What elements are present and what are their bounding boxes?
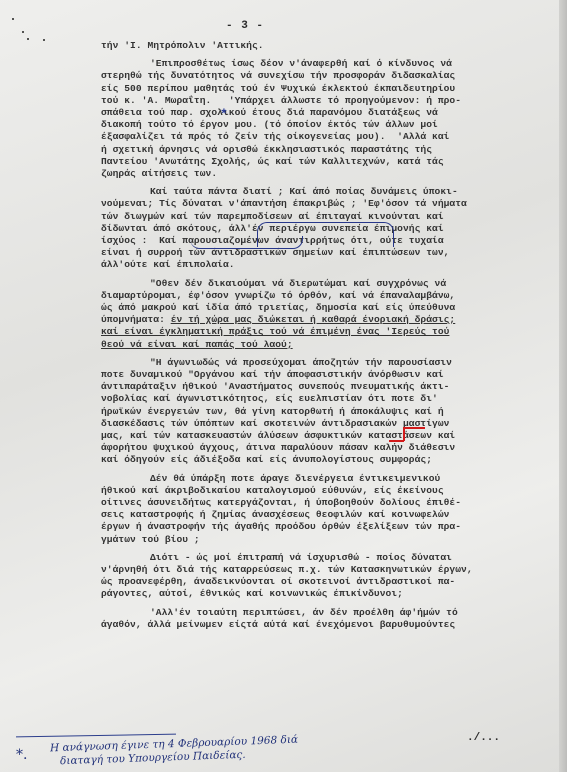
line-text: Δέν θά ύπάρξη ποτε άραγε διενέργεια έντι… (150, 473, 440, 484)
continuation-mark: ./... (467, 732, 500, 744)
text-line: ήθικού καί άκριβοδικαίου καταλογισμού εύ… (101, 485, 444, 497)
text-line: σπάθεια τού παρ. σχολικού έτους διά παρα… (101, 107, 438, 119)
text-line: ν'άρνηθή ότι διά τής καταρρεύσεως π.χ. τ… (101, 564, 473, 576)
text-line: τών διωγμών καί τών παρεμποδίσεων αί έπι… (101, 211, 444, 223)
line-text: άγαθόν, άλλά μείνωμεν είςτά αύτά καί ένε… (101, 619, 455, 630)
text-line: είς 500 περίπου μαθητάς τού έν Ψυχικώ έκ… (101, 83, 455, 95)
text-line: άφορήτου ψυχικού άγχους, άτινα παραλύουν… (101, 442, 455, 454)
line-text: "Η άγωνιωδώς νά προσεύχομαι άποζητών τήν… (150, 357, 452, 368)
underlined-text: έν τή χώρα μας διώκεται ή καθαρά ένοριακ… (171, 314, 456, 325)
text-line: ήρωϊκών ένεργειών των, θά γίνη κατορθωτή… (101, 406, 444, 418)
line-text: διασκέδασις τών ύπόπτων καί σκοτεινών άν… (101, 418, 449, 429)
text-line: έξασφαλίζει τά πρός τό ζείν τής οίκογενε… (101, 131, 449, 143)
asterisk-annotation: * (220, 107, 228, 122)
text-line: διασκέδασις τών ύπόπτων καί σκοτεινών άν… (101, 418, 449, 430)
line-text: σεις καταστροφής ή ζημίας άνασχέσεως θεο… (101, 509, 449, 520)
text-line: διαμαρτύρομαι, έφ'όσον γνωρίζω τό όρθόν,… (101, 290, 455, 302)
text-line: έργων ή άναστροφήν τής άγαθής προόδου όρ… (101, 521, 461, 533)
line-text: άλλ'ούτε καί έπιπολαία. (101, 259, 235, 270)
line-text: ράγοντες, αύτοί, έθνικώς καί κοινωνικώς … (101, 588, 403, 599)
line-text: καί όδηγούν είς άδιέξοδα καί είς άνυπολο… (101, 454, 432, 465)
footnote-rule (16, 734, 176, 738)
text-line: 'Αλλ'έν τοιαύτη περιπτώσει, άν δέν προέλ… (150, 607, 458, 619)
text-line: ώς άπό μακρού καί ίδία άπό τριετίας, δημ… (101, 302, 455, 314)
text-line: ή σχετική άρνησις νά ορισθώ έκκλησιαστικ… (101, 144, 432, 156)
text-line: ώς προανεφέρθη, άναδεικνύονται οί σκοτει… (101, 576, 455, 588)
red-correction-mark-vertical (403, 427, 405, 441)
underlined-text: θεού νά είναι καί παπάς τού λαού; (101, 339, 293, 350)
text-line: καί είναι έγκληματική πράξις τού νά έπιμ… (101, 326, 449, 338)
text-line: "Οθεν δέν δικαιούμαι νά διερωτώμαι καί σ… (150, 278, 446, 290)
text-line: Καί ταύτα πάντα διατί ; Καί άπό ποίας δυ… (150, 186, 458, 198)
text-line: νούμεναι; Τίς δύναται ν'άπαντήση έπακριβ… (101, 198, 467, 210)
text-line: νοβολίας καί άγωνιστικότητος, είς ευελπι… (101, 393, 438, 405)
text-line: στερηθώ τής δυνατότητος νά συνεχίσω τήν … (101, 70, 455, 82)
line-text: νούμεναι; Τίς δύναται ν'άπαντήση έπακριβ… (101, 198, 467, 209)
text-line: τού κ. 'Α. Μωραΐτη. 'Υπάρχει άλλωστε τό … (101, 95, 461, 107)
line-text: ν'άρνηθή ότι διά τής καταρρεύσεως π.χ. τ… (101, 564, 473, 575)
line-text: σπάθεια τού παρ. σχολικού έτους διά παρα… (101, 107, 438, 118)
line-text: ώς άπό μακρού καί ίδία άπό τριετίας, δημ… (101, 302, 455, 313)
line-text: Καί ταύτα πάντα διατί ; Καί άπό ποίας δυ… (150, 186, 458, 197)
text-line: ποτε δυναμικού "Οργάνου καί τήν άποφασισ… (101, 369, 444, 381)
red-correction-mark (405, 427, 425, 429)
text-line: διακοπή τούτο τό έργον μου. (τό όποίον έ… (101, 119, 438, 131)
line-text: άντιπαράταξιν ήθικού 'Αναστήματος συνεπο… (101, 381, 449, 392)
text-line: θεού νά είναι καί παπάς τού λαού; (101, 339, 293, 351)
line-text: ζωηράς αίτήσεις των. (101, 168, 217, 179)
line-text: νοβολίας καί άγωνιστικότητος, είς ευελπι… (101, 393, 438, 404)
line-text: ποτε δυναμικού "Οργάνου καί τήν άποφασισ… (101, 369, 444, 380)
line-text: τών διωγμών καί τών παρεμποδίσεων αί έπι… (101, 211, 444, 222)
line-text: στερηθώ τής δυνατότητος νά συνεχίσω τήν … (101, 70, 455, 81)
text-line: ύπομνήματα: έν τή χώρα μας διώκεται ή κα… (101, 314, 455, 326)
line-text: 'Επιπροσθέτως ίσως δέον ν'άναφερθή καί ό… (150, 58, 452, 69)
line-text: άφορήτου ψυχικού άγχους, άτινα παραλύουν… (101, 442, 455, 453)
line-text: ώς προανεφέρθη, άναδεικνύονται οί σκοτει… (101, 576, 455, 587)
line-text: διαμαρτύρομαι, έφ'όσον γνωρίζω τό όρθόν,… (101, 290, 455, 301)
line-text: 'Αλλ'έν τοιαύτη περιπτώσει, άν δέν προέλ… (150, 607, 458, 618)
line-text: ή σχετική άρνησις νά ορισθώ έκκλησιαστικ… (101, 144, 432, 155)
line-text: διακοπή τούτο τό έργον μου. (τό όποίον έ… (101, 119, 438, 130)
text-line: "Η άγωνιωδώς νά προσεύχομαι άποζητών τήν… (150, 357, 452, 369)
scanned-document-page: - 3 - τήν 'Ι. Μητρόπολιν 'Αττικής.'Επιπρ… (0, 0, 567, 772)
page-number: - 3 - (226, 20, 264, 32)
blue-pen-bracket-curve (257, 222, 394, 247)
text-line: Δέν θά ύπάρξη ποτε άραγε διενέργεια έντι… (150, 473, 440, 485)
line-text: τού κ. 'Α. Μωραΐτη. 'Υπάρχει άλλωστε τό … (101, 95, 461, 106)
line-text: γμάτων τού βίου ; (101, 534, 200, 545)
line-text: τήν 'Ι. Μητρόπολιν 'Αττικής. (101, 40, 264, 51)
line-text: "Οθεν δέν δικαιούμαι νά διερωτώμαι καί σ… (150, 278, 446, 289)
text-line: γμάτων τού βίου ; (101, 534, 200, 546)
text-line: άλλ'ούτε καί έπιπολαία. (101, 259, 235, 271)
text-line: 'Επιπροσθέτως ίσως δέον ν'άναφερθή καί ό… (150, 58, 452, 70)
text-line: οίτινες άσυνειδήτως κατεργάζονται, ή ύπο… (101, 497, 461, 509)
text-line: σεις καταστροφής ή ζημίας άνασχέσεως θεο… (101, 509, 449, 521)
text-line: Διότι - ώς μοί έπιτραπή νά ίσχυρισθώ - π… (150, 552, 452, 564)
text-line: άντιπαράταξιν ήθικού 'Αναστήματος συνεπο… (101, 381, 449, 393)
line-text: οίτινες άσυνειδήτως κατεργάζονται, ή ύπο… (101, 497, 461, 508)
footnote-marker: *. (16, 747, 27, 763)
line-text: ύπομνήματα: (101, 314, 171, 325)
line-text: έργων ή άναστροφήν τής άγαθής προόδου όρ… (101, 521, 461, 532)
text-line: ζωηράς αίτήσεις των. (101, 168, 217, 180)
underlined-text: καί είναι έγκληματική πράξις τού νά έπιμ… (101, 326, 449, 337)
text-line: καί όδηγούν είς άδιέξοδα καί είς άνυπολο… (101, 454, 432, 466)
line-text: έξασφαλίζει τά πρός τό ζείν τής οίκογενε… (101, 131, 449, 142)
text-line: Παντείου 'Ανωτάτης Σχολής, ώς καί τών Κα… (101, 156, 444, 168)
line-text: είς 500 περίπου μαθητάς τού έν Ψυχικώ έκ… (101, 83, 455, 94)
red-correction-mark-base (389, 440, 404, 442)
page-edge-shadow (559, 0, 567, 772)
text-line: τήν 'Ι. Μητρόπολιν 'Αττικής. (101, 40, 264, 52)
line-text: ήθικού καί άκριβοδικαίου καταλογισμού εύ… (101, 485, 444, 496)
text-line: ράγοντες, αύτοί, έθνικώς καί κοινωνικώς … (101, 588, 403, 600)
line-text: ήρωϊκών ένεργειών των, θά γίνη κατορθωτή… (101, 406, 444, 417)
line-text: Παντείου 'Ανωτάτης Σχολής, ώς καί τών Κα… (101, 156, 444, 167)
text-line: άγαθόν, άλλά μείνωμεν είςτά αύτά καί ένε… (101, 619, 455, 631)
line-text: Διότι - ώς μοί έπιτραπή νά ίσχυρισθώ - π… (150, 552, 452, 563)
